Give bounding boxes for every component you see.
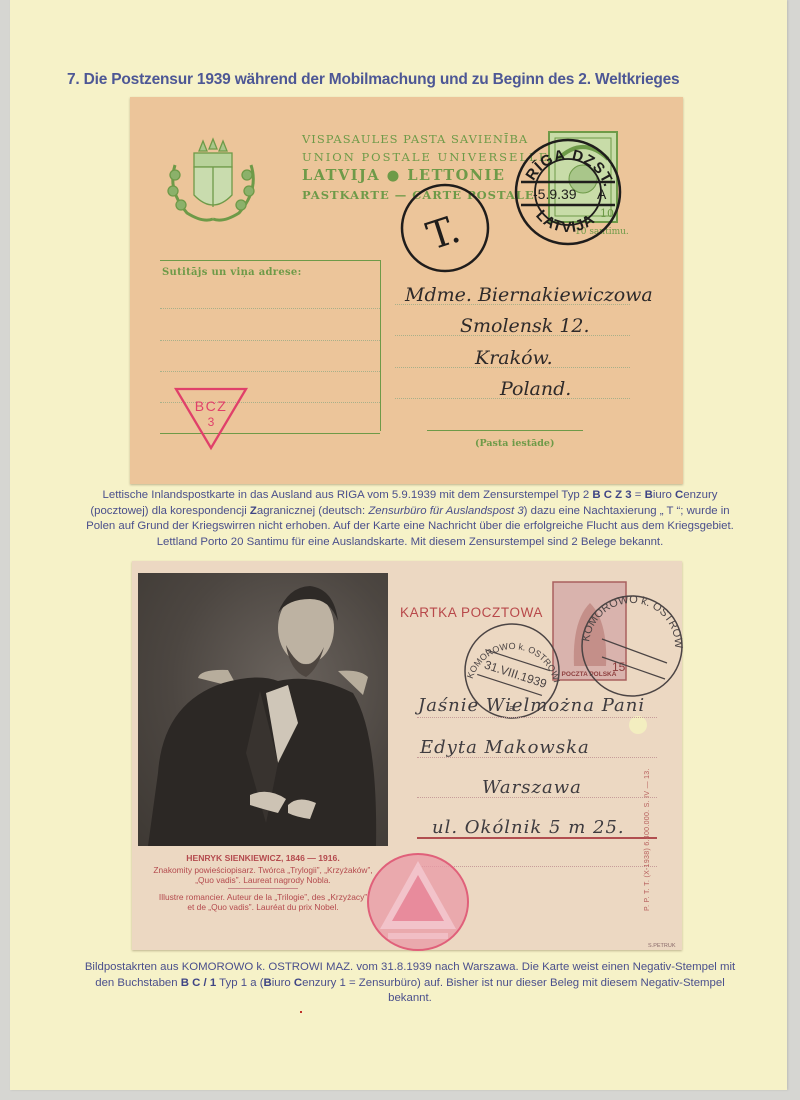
svg-text:-5.9.39: -5.9.39 <box>533 186 577 202</box>
punch-hole <box>629 716 647 734</box>
svg-text:LATVIJA: LATVIJA <box>532 207 598 236</box>
address-line-3: Warszawa <box>482 777 582 798</box>
latvian-postcard: VISPASAULES PASTA SAVIENĪBA UNION POSTAL… <box>130 97 683 484</box>
address-line-4: ul. Okólnik 5 m 25. <box>432 817 625 838</box>
svg-text:BCZ: BCZ <box>195 398 228 414</box>
portrait-figure-icon <box>138 573 388 846</box>
caption-polish-card: Bildpostakrten aus KOMOROWO k. OSTROWI M… <box>80 960 740 1007</box>
tax-t-mark-icon: T. <box>398 181 492 275</box>
ink-speck <box>300 1011 302 1013</box>
printer-mark: S.PETRUK <box>648 943 676 949</box>
bc1-negative-censor-stamp-icon <box>364 851 472 953</box>
photo-caption: HENRYK SIENKIEWICZ, 1846 — 1916. Znakomi… <box>138 853 388 912</box>
address-line-1: Mdme. Biernakiewiczowa <box>405 284 653 306</box>
address-line-2: Smolensk 12. <box>460 315 590 337</box>
sienkiewicz-portrait-photo <box>138 573 388 846</box>
komorowo-postmark-on-stamp-icon: KOMOROWO k. OSTROWI <box>577 591 687 701</box>
upu-line-latvian: VISPASAULES PASTA SAVIENĪBA <box>302 132 528 146</box>
address-line-2: Edyta Makowska <box>420 737 590 758</box>
svg-text:31.VIII.1939: 31.VIII.1939 <box>483 658 549 691</box>
svg-text:T.: T. <box>421 207 465 259</box>
address-line-3: Kraków. <box>475 347 553 369</box>
printing-imprint: P. P. T. T. (X-1938) 6.400.000. S. IV — … <box>644 768 651 911</box>
address-line-1: Jaśnie Wielmożna Pani <box>418 695 645 716</box>
sender-label: Sutitājs un viņa adrese: <box>162 267 302 278</box>
page-title: 7. Die Postzensur 1939 während der Mobil… <box>67 71 679 89</box>
caption-latvian-card: Lettische Inlandspostkarte in das Auslan… <box>80 488 740 550</box>
album-page: 7. Die Postzensur 1939 während der Mobil… <box>10 0 787 1090</box>
svg-text:3: 3 <box>208 415 215 429</box>
svg-text:A: A <box>597 186 607 202</box>
address-line-4: Poland. <box>500 378 571 400</box>
polish-postcard: HENRYK SIENKIEWICZ, 1846 — 1916. Znakomi… <box>132 561 682 950</box>
svg-text:KOMOROWO k. OSTROWI: KOMOROWO k. OSTROWI <box>577 591 684 649</box>
latvian-coat-of-arms-icon <box>163 135 259 229</box>
bcz3-censor-stamp-icon: BCZ 3 <box>173 386 249 452</box>
post-office-label: (Pasta iestāde) <box>475 438 554 449</box>
card-title: KARTKA POCZTOWA <box>400 605 543 620</box>
riga-postmark-icon: RĪGA DZST. LATVIJA -5.9.39 A <box>513 137 623 247</box>
